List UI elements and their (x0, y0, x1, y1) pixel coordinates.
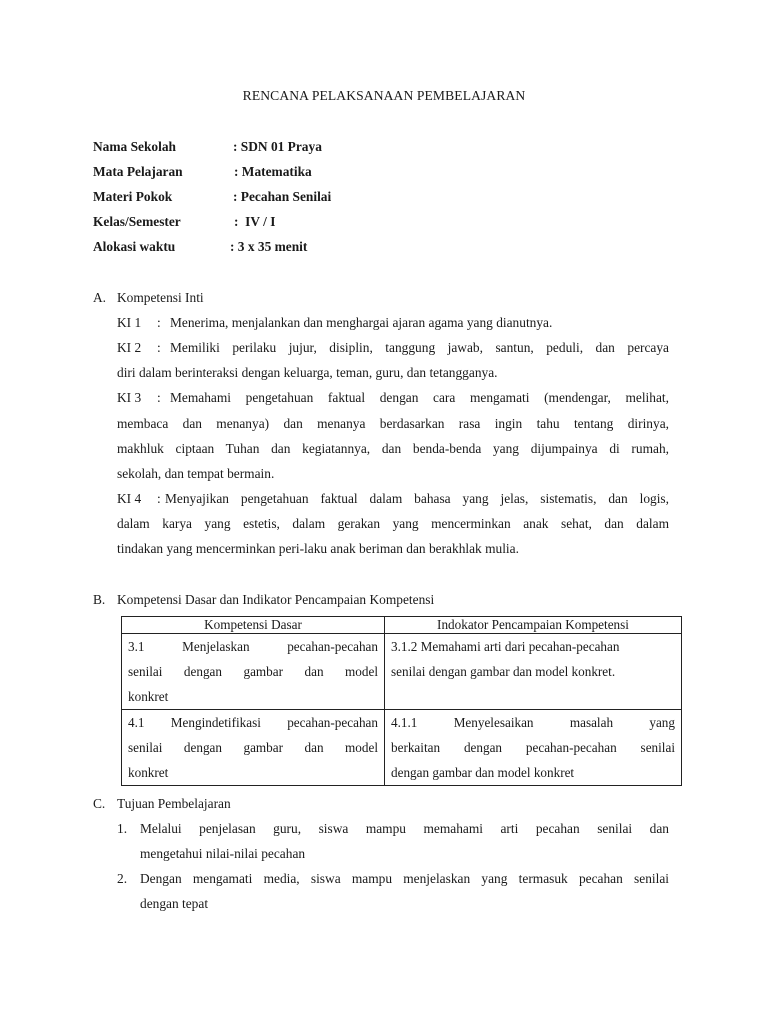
identity-value: : IV / I (234, 214, 275, 230)
identity-label: Mata Pelajaran (93, 164, 183, 180)
cell-line: 4.1.1 Menyelesaikan masalah yang (391, 710, 675, 735)
ki-label: KI 2 (117, 340, 157, 356)
ki-3: KI 3:Memahami pengetahuan faktual dengan… (117, 390, 669, 406)
cell-line: 3.1 Menjelaskan pecahan-pecahan (128, 634, 378, 659)
table-header-kd: Kompetensi Dasar (122, 617, 385, 634)
ki-text: Memiliki perilaku jujur, disiplin, tangg… (170, 340, 669, 356)
ki-label: KI 4 (117, 491, 157, 507)
ki-label: KI 3 (117, 390, 157, 406)
ki-3-continued: sekolah, dan tempat bermain. (117, 466, 274, 482)
list-number: 2. (117, 871, 127, 887)
identity-value: : 3 x 35 menit (230, 239, 307, 255)
ki-4-continued: tindakan yang mencerminkan peri-laku ana… (117, 541, 519, 557)
ki-colon: : (157, 390, 170, 406)
kompetensi-table: Kompetensi Dasar Indokator Pencampaian K… (121, 616, 682, 786)
ki-text: Menyajikan pengetahuan faktual dalam bah… (165, 491, 669, 507)
list-item-text-continued: dengan tepat (140, 896, 208, 912)
ki-4: KI 4:Menyajikan pengetahuan faktual dala… (117, 491, 669, 507)
table-cell-kd: 4.1 Mengindetifikasi pecahan-pecahan sen… (122, 710, 385, 786)
cell-line: senilai dengan gambar dan model (128, 735, 378, 760)
cell-line: 4.1 Mengindetifikasi pecahan-pecahan (128, 710, 378, 735)
table-row: 3.1 Menjelaskan pecahan-pecahan senilai … (122, 634, 682, 710)
ki-4-continued: dalam karya yang estetis, dalam gerakan … (117, 516, 669, 532)
section-heading: B.Kompetensi Dasar dan Indikator Pencamp… (93, 592, 434, 608)
cell-line: konkret (128, 684, 378, 709)
ki-text: Menerima, menjalankan dan menghargai aja… (170, 315, 552, 330)
cell-line: senilai dengan gambar dan model (128, 659, 378, 684)
table-header-indikator: Indokator Pencampaian Kompetensi (385, 617, 682, 634)
section-title: Tujuan Pembelajaran (117, 796, 231, 811)
section-title: Kompetensi Inti (117, 290, 204, 305)
table-cell-indikator: 4.1.1 Menyelesaikan masalah yang berkait… (385, 710, 682, 786)
cell-line: berkaitan dengan pecahan-pecahan senilai (391, 735, 675, 760)
document-page: RENCANA PELAKSANAAN PEMBELAJARAN Nama Se… (0, 0, 768, 1024)
section-title: Kompetensi Dasar dan Indikator Pencampai… (117, 592, 434, 607)
table-cell-kd: 3.1 Menjelaskan pecahan-pecahan senilai … (122, 634, 385, 710)
ki-1: KI 1:Menerima, menjalankan dan mengharga… (117, 315, 552, 331)
cell-line: dengan gambar dan model konkret (391, 760, 675, 785)
cell-line: konkret (128, 760, 378, 785)
identity-label: Materi Pokok (93, 189, 172, 205)
ki-2: KI 2:Memiliki perilaku jujur, disiplin, … (117, 340, 669, 356)
list-item-text-continued: mengetahui nilai-nilai pecahan (140, 846, 305, 862)
ki-label: KI 1 (117, 315, 157, 331)
section-heading: C.Tujuan Pembelajaran (93, 796, 231, 812)
list-item-text: Melalui penjelasan guru, siswa mampu mem… (140, 821, 669, 837)
section-heading: A.Kompetensi Inti (93, 290, 204, 306)
list-number: 1. (117, 821, 127, 837)
cell-line: 3.1.2 Memahami arti dari pecahan-pecahan (391, 634, 675, 659)
document-title: RENCANA PELAKSANAAN PEMBELAJARAN (0, 88, 768, 104)
cell-line: senilai dengan gambar dan model konkret. (391, 659, 675, 684)
ki-colon: : (157, 340, 170, 356)
section-letter: B. (93, 592, 117, 608)
ki-colon: : (157, 491, 165, 507)
section-letter: C. (93, 796, 117, 812)
table-row: 4.1 Mengindetifikasi pecahan-pecahan sen… (122, 710, 682, 786)
ki-2-continued: diri dalam berinteraksi dengan keluarga,… (117, 365, 498, 381)
ki-colon: : (157, 315, 170, 331)
identity-value: : Pecahan Senilai (233, 189, 331, 205)
section-letter: A. (93, 290, 117, 306)
table-cell-indikator: 3.1.2 Memahami arti dari pecahan-pecahan… (385, 634, 682, 710)
identity-value: : SDN 01 Praya (233, 139, 322, 155)
ki-3-continued: makhluk ciptaan Tuhan dan kegiatannya, d… (117, 441, 669, 457)
identity-label: Alokasi waktu (93, 239, 175, 255)
table-header-row: Kompetensi Dasar Indokator Pencampaian K… (122, 617, 682, 634)
identity-label: Nama Sekolah (93, 139, 176, 155)
list-item-text: Dengan mengamati media, siswa mampu menj… (140, 871, 669, 887)
ki-3-continued: membaca dan menanya) dan menanya berdasa… (117, 416, 669, 432)
ki-text: Memahami pengetahuan faktual dengan cara… (170, 390, 669, 406)
identity-value: : Matematika (234, 164, 312, 180)
identity-label: Kelas/Semester (93, 214, 181, 230)
